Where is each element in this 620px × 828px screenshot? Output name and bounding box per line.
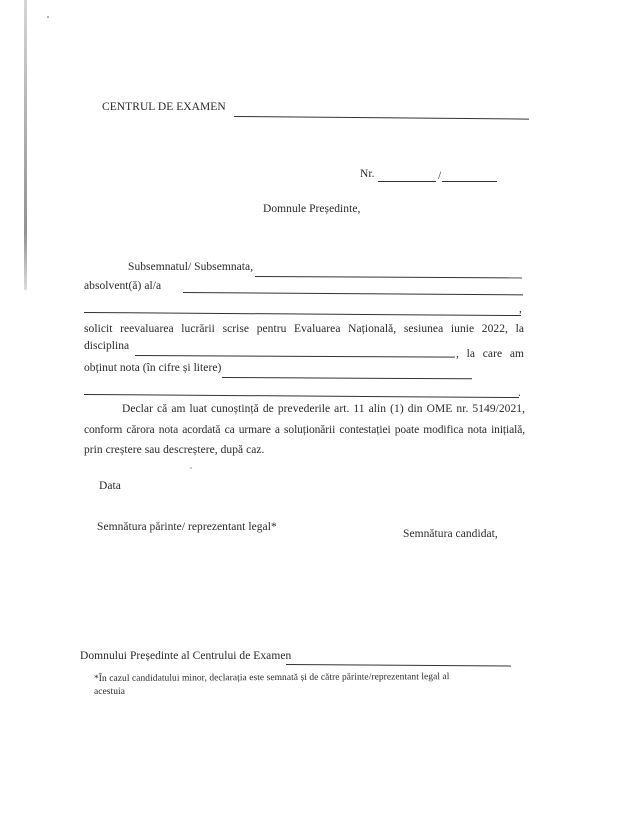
request-text: solicit reevaluarea lucrării scrise pent… [84, 323, 524, 335]
trailing-comma: , [519, 303, 522, 315]
graduate-label: absolvent(ă) al/a [84, 280, 161, 292]
nr-label: Nr. [360, 168, 375, 180]
exam-center-field[interactable] [234, 116, 529, 120]
graduate-school-field[interactable] [183, 292, 523, 295]
undersigned-name-field[interactable] [255, 276, 522, 278]
declaration-line-2: conform cărora nota acordată ca urmare a… [84, 424, 525, 436]
footnote-line-2: acestuia [94, 687, 125, 697]
grade-label: obținut nota (în cifre și litere) [84, 362, 221, 374]
addressee-label: Domnului Președinte al Centrului de Exam… [80, 650, 291, 662]
declaration-line-3: prin creștere sau descreștere, după caz. [84, 444, 264, 456]
discipline-suffix: , la care am [456, 348, 524, 360]
scan-dust-speck [190, 467, 192, 469]
footnote-line-1: *În cazul candidatului minor, declarația… [94, 672, 449, 684]
discipline-label: disciplina [84, 340, 129, 352]
declaration-line-1: Declar că am luat cunoștință de preveder… [122, 403, 525, 415]
trailing-period: . [518, 387, 521, 399]
scan-dust-speck [47, 16, 49, 18]
undersigned-label: Subsemnatul/ Subsemnata, [128, 261, 253, 273]
addressee-center-field[interactable] [286, 664, 511, 667]
grade-field[interactable] [222, 377, 472, 379]
nr-field-second[interactable] [442, 181, 497, 182]
scan-edge-artifact [24, 0, 27, 290]
nr-separator: / [438, 170, 441, 182]
exam-center-label: CENTRUL DE EXAMEN [102, 101, 226, 113]
discipline-field[interactable] [135, 355, 455, 358]
candidate-signature-label: Semnătura candidat, [403, 528, 498, 540]
grade-field-continued[interactable] [84, 394, 519, 398]
graduate-school-field-continued[interactable] [84, 312, 521, 316]
salutation: Domnule Președinte, [263, 203, 360, 215]
nr-field-first[interactable] [378, 181, 436, 182]
parent-signature-label: Semnătura părinte/ reprezentant legal* [97, 521, 277, 533]
date-label: Data [99, 480, 121, 492]
